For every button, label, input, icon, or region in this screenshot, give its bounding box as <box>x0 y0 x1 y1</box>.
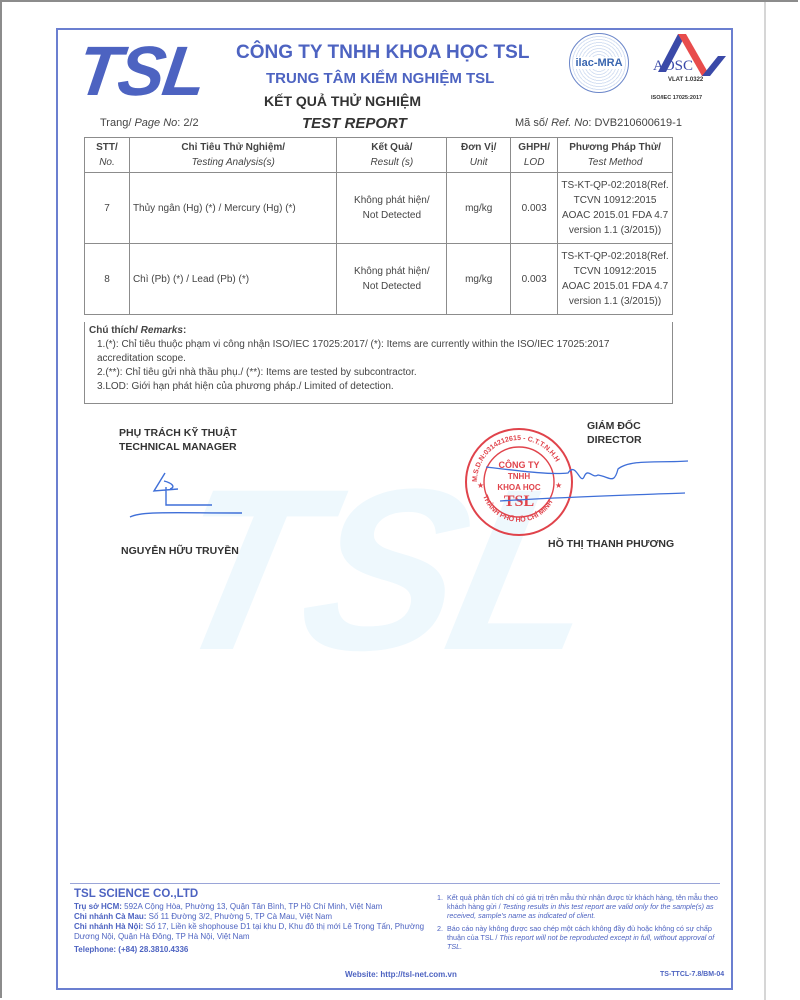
page-label: Trang/ <box>100 117 134 129</box>
remark-item: 3.LOD: Giới hạn phát hiện của phương phá… <box>89 380 668 394</box>
table-header-row: STT/No. Chỉ Tiêu Thử Nghiệm/Testing Anal… <box>85 138 673 173</box>
remarks-box: Chú thích/ Remarks: 1.(*): Chỉ tiêu thuộ… <box>84 322 673 404</box>
col-header-unit: Đơn Vị/Unit <box>447 138 511 173</box>
page-value: : 2/2 <box>177 117 198 129</box>
footer-telephone: Telephone: (+84) 28.3810.4336 <box>74 945 429 955</box>
technical-manager-name: NGUYỄN HỮU TRUYỀN <box>121 545 239 557</box>
remark-item: 1.(*): Chỉ tiêu thuộc phạm vi công nhận … <box>89 338 668 366</box>
ref-label-en: Ref. No <box>551 117 588 129</box>
cell-no: 7 <box>85 173 130 244</box>
cell-method: TS-KT-QP-02:2018(Ref. TCVN 10912:2015 AO… <box>558 244 673 315</box>
company-name: CÔNG TY TNHH KHOA HỌC TSL <box>236 42 529 64</box>
ilac-mra-logo: ilac-MRA <box>569 33 629 93</box>
footer-camau-address: Chi nhánh Cà Mau: Số 11 Đường 3/2, Phườn… <box>74 912 429 922</box>
footer-hanoi-address: Chi nhánh Hà Nội: Số 17, Liền kề shophou… <box>74 922 429 942</box>
footer-notes: 1.Kết quả phân tích chỉ có giá trị trên … <box>437 893 724 955</box>
remark-item: 2.(**): Chỉ tiêu gửi nhà thầu phụ./ (**)… <box>89 366 668 380</box>
col-header-analysis: Chỉ Tiêu Thử Nghiệm/Testing Analysis(s) <box>129 138 337 173</box>
cell-unit: mg/kg <box>447 173 511 244</box>
cell-no: 8 <box>85 244 130 315</box>
col-header-result: Kết Quả/Result (s) <box>337 138 447 173</box>
col-header-method: Phương Pháp Thử/Test Method <box>558 138 673 173</box>
aosc-text: AOSC <box>653 58 693 75</box>
director-title: GIÁM ĐỐC DIRECTOR <box>587 419 642 447</box>
report-title-vn: KẾT QUẢ THỬ NGHIỆM <box>264 93 421 109</box>
reference-number: Mã số/ Ref. No: DVB210600619-1 <box>515 117 682 129</box>
report-title-en: TEST REPORT <box>302 115 407 132</box>
remarks-title: Chú thích/ Remarks: <box>89 324 668 338</box>
ilac-text: ilac-MRA <box>574 57 623 69</box>
cell-analysis: Thủy ngân (Hg) (*) / Mercury (Hg) (*) <box>129 173 337 244</box>
form-code: TS-TTCL-7.8/BM-04 <box>660 971 724 978</box>
footer-company-info: TSL SCIENCE CO.,LTD Trụ sở HCM: 592A Cộn… <box>74 889 429 955</box>
table-row: 7 Thủy ngân (Hg) (*) / Mercury (Hg) (*) … <box>85 173 673 244</box>
page-number: Trang/ Page No: 2/2 <box>100 117 199 129</box>
tsl-logo: TSL <box>73 36 209 106</box>
viewer-scrollbar-divider[interactable] <box>764 2 766 1000</box>
cell-result: Không phát hiện/Not Detected <box>337 244 447 315</box>
page-label-en: Page No <box>134 117 177 129</box>
cell-lod: 0.003 <box>511 173 558 244</box>
footer-note: 2.Báo cáo này không được sao chép một cá… <box>437 924 724 951</box>
cell-unit: mg/kg <box>447 244 511 315</box>
cell-method: TS-KT-QP-02:2018(Ref. TCVN 10912:2015 AO… <box>558 173 673 244</box>
ref-value: : DVB210600619-1 <box>588 117 682 129</box>
center-name: TRUNG TÂM KIỂM NGHIỆM TSL <box>266 70 494 87</box>
footer-divider <box>70 883 720 884</box>
director-signature-icon <box>480 455 690 515</box>
cell-lod: 0.003 <box>511 244 558 315</box>
col-header-lod: GHPH/LOD <box>511 138 558 173</box>
table-row: 8 Chì (Pb) (*) / Lead (Pb) (*) Không phá… <box>85 244 673 315</box>
technical-manager-title: PHỤ TRÁCH KỸ THUẬT TECHNICAL MANAGER <box>119 426 237 454</box>
footer-website-link[interactable]: Website: http://tsl-net.com.vn <box>345 970 457 979</box>
ref-label: Mã số/ <box>515 117 551 129</box>
technical-manager-signature-icon <box>120 465 250 525</box>
footer-note: 1.Kết quả phân tích chỉ có giá trị trên … <box>437 893 724 920</box>
cell-analysis: Chì (Pb) (*) / Lead (Pb) (*) <box>129 244 337 315</box>
col-header-no: STT/No. <box>85 138 130 173</box>
cell-result: Không phát hiện/Not Detected <box>337 173 447 244</box>
director-name: HỒ THỊ THANH PHƯƠNG <box>548 538 674 550</box>
aosc-code: VLAT 1.0322 <box>668 77 703 83</box>
footer-hcm-address: Trụ sở HCM: 592A Cộng Hòa, Phường 13, Qu… <box>74 902 429 912</box>
results-table: STT/No. Chỉ Tiêu Thử Nghiệm/Testing Anal… <box>84 137 673 315</box>
aosc-standard: ISO/IEC 17025:2017 <box>651 95 702 101</box>
footer-company-name: TSL SCIENCE CO.,LTD <box>74 889 429 899</box>
